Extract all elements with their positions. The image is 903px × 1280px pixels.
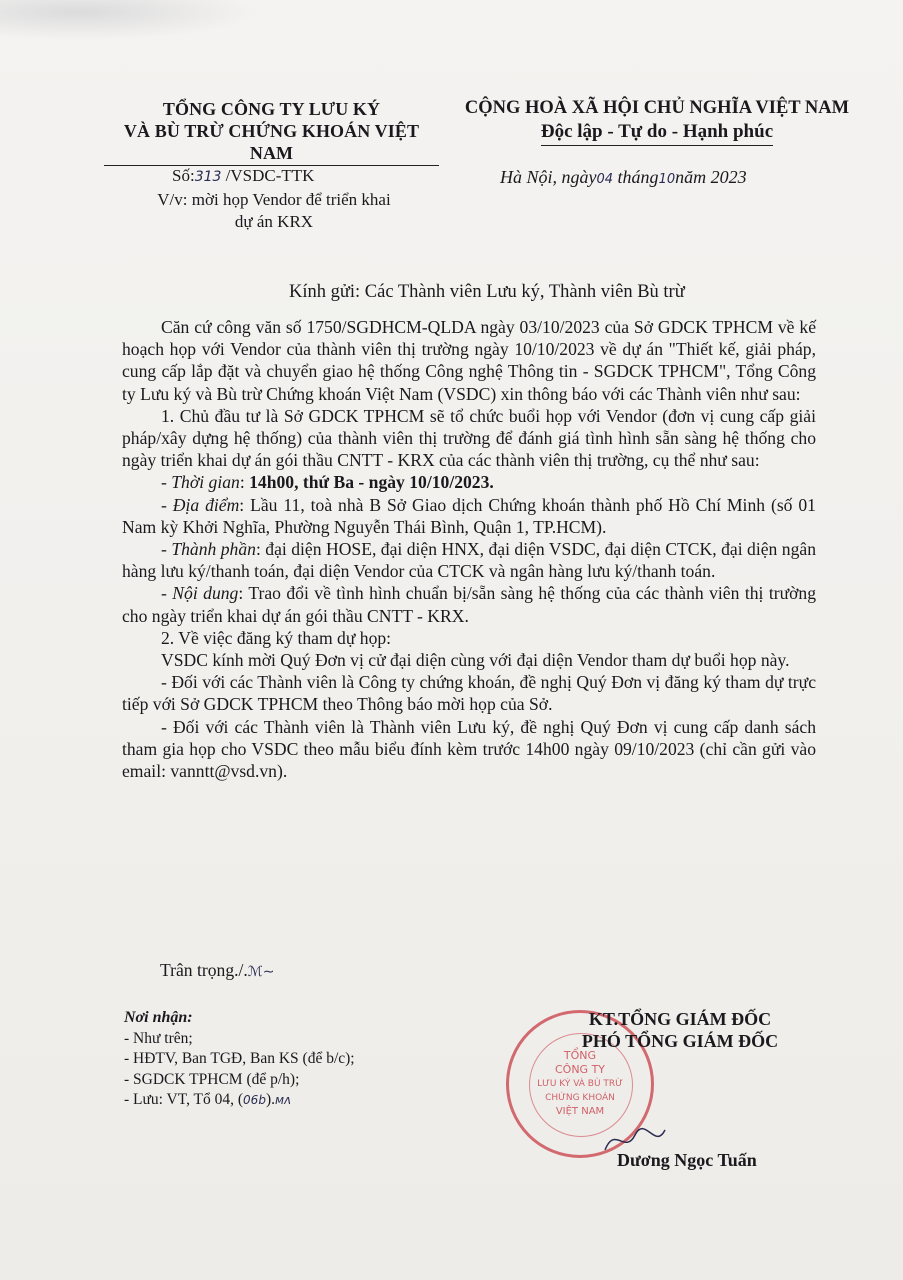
recipient-item: - Lưu: VT, Tổ 04, (06b).ᴍᴧ xyxy=(124,1090,355,1111)
letter-body: Căn cứ công văn số 1750/SGDHCM-QLDA ngày… xyxy=(122,316,816,782)
item-1: 1. Chủ đầu tư là Sở GDCK TPHCM sẽ tổ chứ… xyxy=(122,405,816,472)
nation-title: CỘNG HOÀ XÃ HỘI CHỦ NGHĨA VIỆT NAM xyxy=(452,96,862,120)
custodian-text: - Đối với các Thành viên là Thành viên L… xyxy=(122,717,816,781)
copies-handwritten: 06b xyxy=(243,1093,266,1107)
national-header: CỘNG HOÀ XÃ HỘI CHỦ NGHĨA VIỆT NAM Độc l… xyxy=(452,96,862,146)
date-prefix: Hà Nội, ngày xyxy=(500,167,597,187)
seal-text: TỔNG CÔNG TY LƯU KÝ VÀ BÙ TRỪ CHỨNG KHOÁ… xyxy=(509,1049,651,1119)
date-month-label: tháng xyxy=(618,167,659,187)
date-day-handwritten: 04 xyxy=(597,172,614,187)
number-handwritten: 313 xyxy=(195,169,222,185)
closing-text: Trân trọng./. xyxy=(160,960,248,980)
date-month-handwritten: 10 xyxy=(659,172,676,187)
issuer-header: TỔNG CÔNG TY LƯU KÝ VÀ BÙ TRỪ CHỨNG KHOÁ… xyxy=(104,98,439,166)
recipients-title: Nơi nhận: xyxy=(124,1008,355,1029)
document-page: TỔNG CÔNG TY LƯU KÝ VÀ BÙ TRỪ CHỨNG KHOÁ… xyxy=(0,0,903,1280)
salutation: Kính gửi: Các Thành viên Lưu ký, Thành v… xyxy=(289,282,685,303)
scan-smudge xyxy=(0,0,260,40)
archive-text: - Lưu: VT, Tổ 04, ( xyxy=(124,1091,243,1108)
date-year: năm 2023 xyxy=(675,167,747,187)
meeting-place: - Địa điểm: Lầu 11, toà nhà B Sở Giao dị… xyxy=(122,494,816,538)
content-label: Nội dung xyxy=(172,583,238,603)
recipient-item: - Như trên; xyxy=(124,1029,355,1050)
signer-name: Dương Ngọc Tuấn xyxy=(617,1150,757,1171)
meeting-participants: - Thành phần: đại diện HOSE, đại diện HN… xyxy=(122,538,816,582)
recipient-item: - SGDCK TPHCM (để p/h); xyxy=(124,1070,355,1091)
place-date: Hà Nội, ngày04 tháng10năm 2023 xyxy=(500,167,747,188)
number-suffix: /VSDC-TTK xyxy=(226,166,315,185)
item-2-securities-companies: - Đối với các Thành viên là Công ty chứn… xyxy=(122,671,816,715)
seal-line: CÔNG TY xyxy=(509,1063,651,1077)
seal-line: CHỨNG KHOÁN xyxy=(509,1091,651,1105)
meeting-time: - Thời gian: 14h00, thứ Ba - ngày 10/10/… xyxy=(122,471,816,493)
seal-line: LƯU KÝ VÀ BÙ TRỪ xyxy=(509,1077,651,1091)
time-label: Thời gian xyxy=(171,472,240,492)
subject-line2: dự án KRX xyxy=(134,211,414,233)
meeting-content: - Nội dung: Trao đổi về tình hình chuẩn … xyxy=(122,582,816,626)
issuer-name-line2: VÀ BÙ TRỪ CHỨNG KHOÁN VIỆT NAM xyxy=(104,120,439,166)
issuer-name-line1: TỔNG CÔNG TY LƯU KÝ xyxy=(104,98,439,120)
recipient-item: - HĐTV, Ban TGĐ, Ban KS (để b/c); xyxy=(124,1049,355,1070)
item-2-custodian-members: - Đối với các Thành viên là Thành viên L… xyxy=(122,716,816,783)
initials-scribble: ᴍᴧ xyxy=(275,1093,291,1107)
time-value: 14h00, thứ Ba - ngày 10/10/2023. xyxy=(249,472,494,492)
archive-suffix: ). xyxy=(266,1091,275,1108)
document-number: Số:313 /VSDC-TTK xyxy=(172,166,314,186)
number-prefix: Số: xyxy=(172,166,195,185)
item-2-invitation: VSDC kính mời Quý Đơn vị cử đại diện cùn… xyxy=(122,649,816,671)
signer-title-2: PHÓ TỔNG GIÁM ĐỐC xyxy=(540,1030,820,1052)
intro-paragraph: Căn cứ công văn số 1750/SGDHCM-QLDA ngày… xyxy=(122,316,816,405)
signer-block: KT.TỔNG GIÁM ĐỐC PHÓ TỔNG GIÁM ĐỐC xyxy=(540,1008,820,1052)
document-subject: V/v: mời họp Vendor để triển khai dự án … xyxy=(134,189,414,233)
subject-line1: V/v: mời họp Vendor để triển khai xyxy=(134,189,414,211)
place-label: Địa điểm xyxy=(173,495,240,515)
closing: Trân trọng./.ℳ∼ xyxy=(160,960,275,981)
participants-label: Thành phần xyxy=(171,539,256,559)
item-2: 2. Về việc đăng ký tham dự họp: xyxy=(122,627,816,649)
national-motto: Độc lập - Tự do - Hạnh phúc xyxy=(541,120,773,146)
initials-scribble: ℳ∼ xyxy=(248,964,275,980)
recipients-block: Nơi nhận: - Như trên; - HĐTV, Ban TGĐ, B… xyxy=(124,1008,355,1111)
seal-line: VIỆT NAM xyxy=(509,1105,651,1119)
signer-title-1: KT.TỔNG GIÁM ĐỐC xyxy=(540,1008,820,1030)
